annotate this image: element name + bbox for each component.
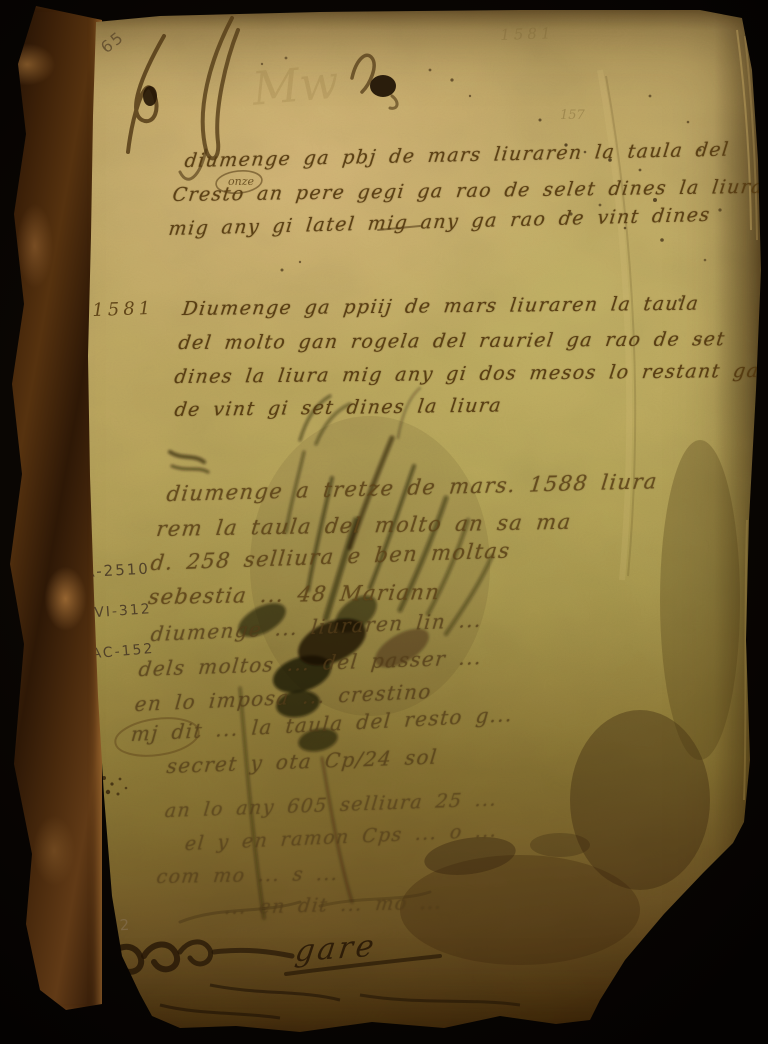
ink-blot bbox=[370, 75, 396, 97]
entry-line: com mo ... s ... bbox=[155, 863, 340, 888]
entry-line: diumenge ga pbj de mars liuraren la taul… bbox=[183, 139, 730, 172]
entry-line: rem la taula del molto an sa ma bbox=[155, 510, 573, 541]
entry-line: sebestia ... 48 Mariann bbox=[147, 580, 442, 609]
entry-line: ... en dit ... mo ... bbox=[223, 891, 443, 919]
faint-number-mark: 157 bbox=[560, 108, 585, 123]
entry-line: Cresto an pere gegi ga rao de selet dine… bbox=[171, 176, 765, 206]
entry-line: diumenge a tretze de mars. 1588 liura bbox=[165, 469, 659, 506]
ink-blot bbox=[143, 86, 157, 106]
year-label: 1581 bbox=[92, 298, 155, 321]
entry-line: mig any gi latel mig any ga rao de vint … bbox=[167, 204, 711, 240]
book-spine bbox=[6, 4, 102, 1012]
entry-line: Diumenge ga ppiij de mars liuraren la ta… bbox=[181, 293, 701, 320]
manuscript-page: 65 Mw 1581 157 diumenge ga pbj de mars l… bbox=[0, 0, 768, 1044]
entry-line: dines la liura mig any gi dos mesos lo r… bbox=[173, 360, 761, 388]
entry-line: an lo any 605 selliura 25 ... bbox=[164, 788, 499, 822]
archival-reference: R-2510 bbox=[84, 560, 150, 581]
faint-year-mark: 1581 bbox=[500, 24, 555, 44]
manuscript-photo: 65 Mw 1581 157 diumenge ga pbj de mars l… bbox=[0, 0, 768, 1044]
entry-line: diumenge ... liuraren lin ... bbox=[150, 608, 484, 647]
entry-line: del molto gan rogela del rauriel ga rao … bbox=[177, 328, 727, 354]
entry-line: dels moltos ... del passer ... bbox=[137, 645, 483, 681]
entry-line: de vint gi set dines la liura bbox=[173, 394, 503, 421]
bottom-scrawl-word: gare bbox=[293, 928, 379, 969]
folio-number: 65 bbox=[97, 27, 128, 57]
entry-line: d. 258 selliura e ben moltas bbox=[149, 538, 511, 575]
entry-line: secret y ota Cp/24 sol bbox=[165, 745, 439, 779]
ghost-offset-letters: Mw bbox=[250, 54, 341, 115]
entry-line: el y en ramon Cps ... o ... bbox=[184, 819, 499, 855]
